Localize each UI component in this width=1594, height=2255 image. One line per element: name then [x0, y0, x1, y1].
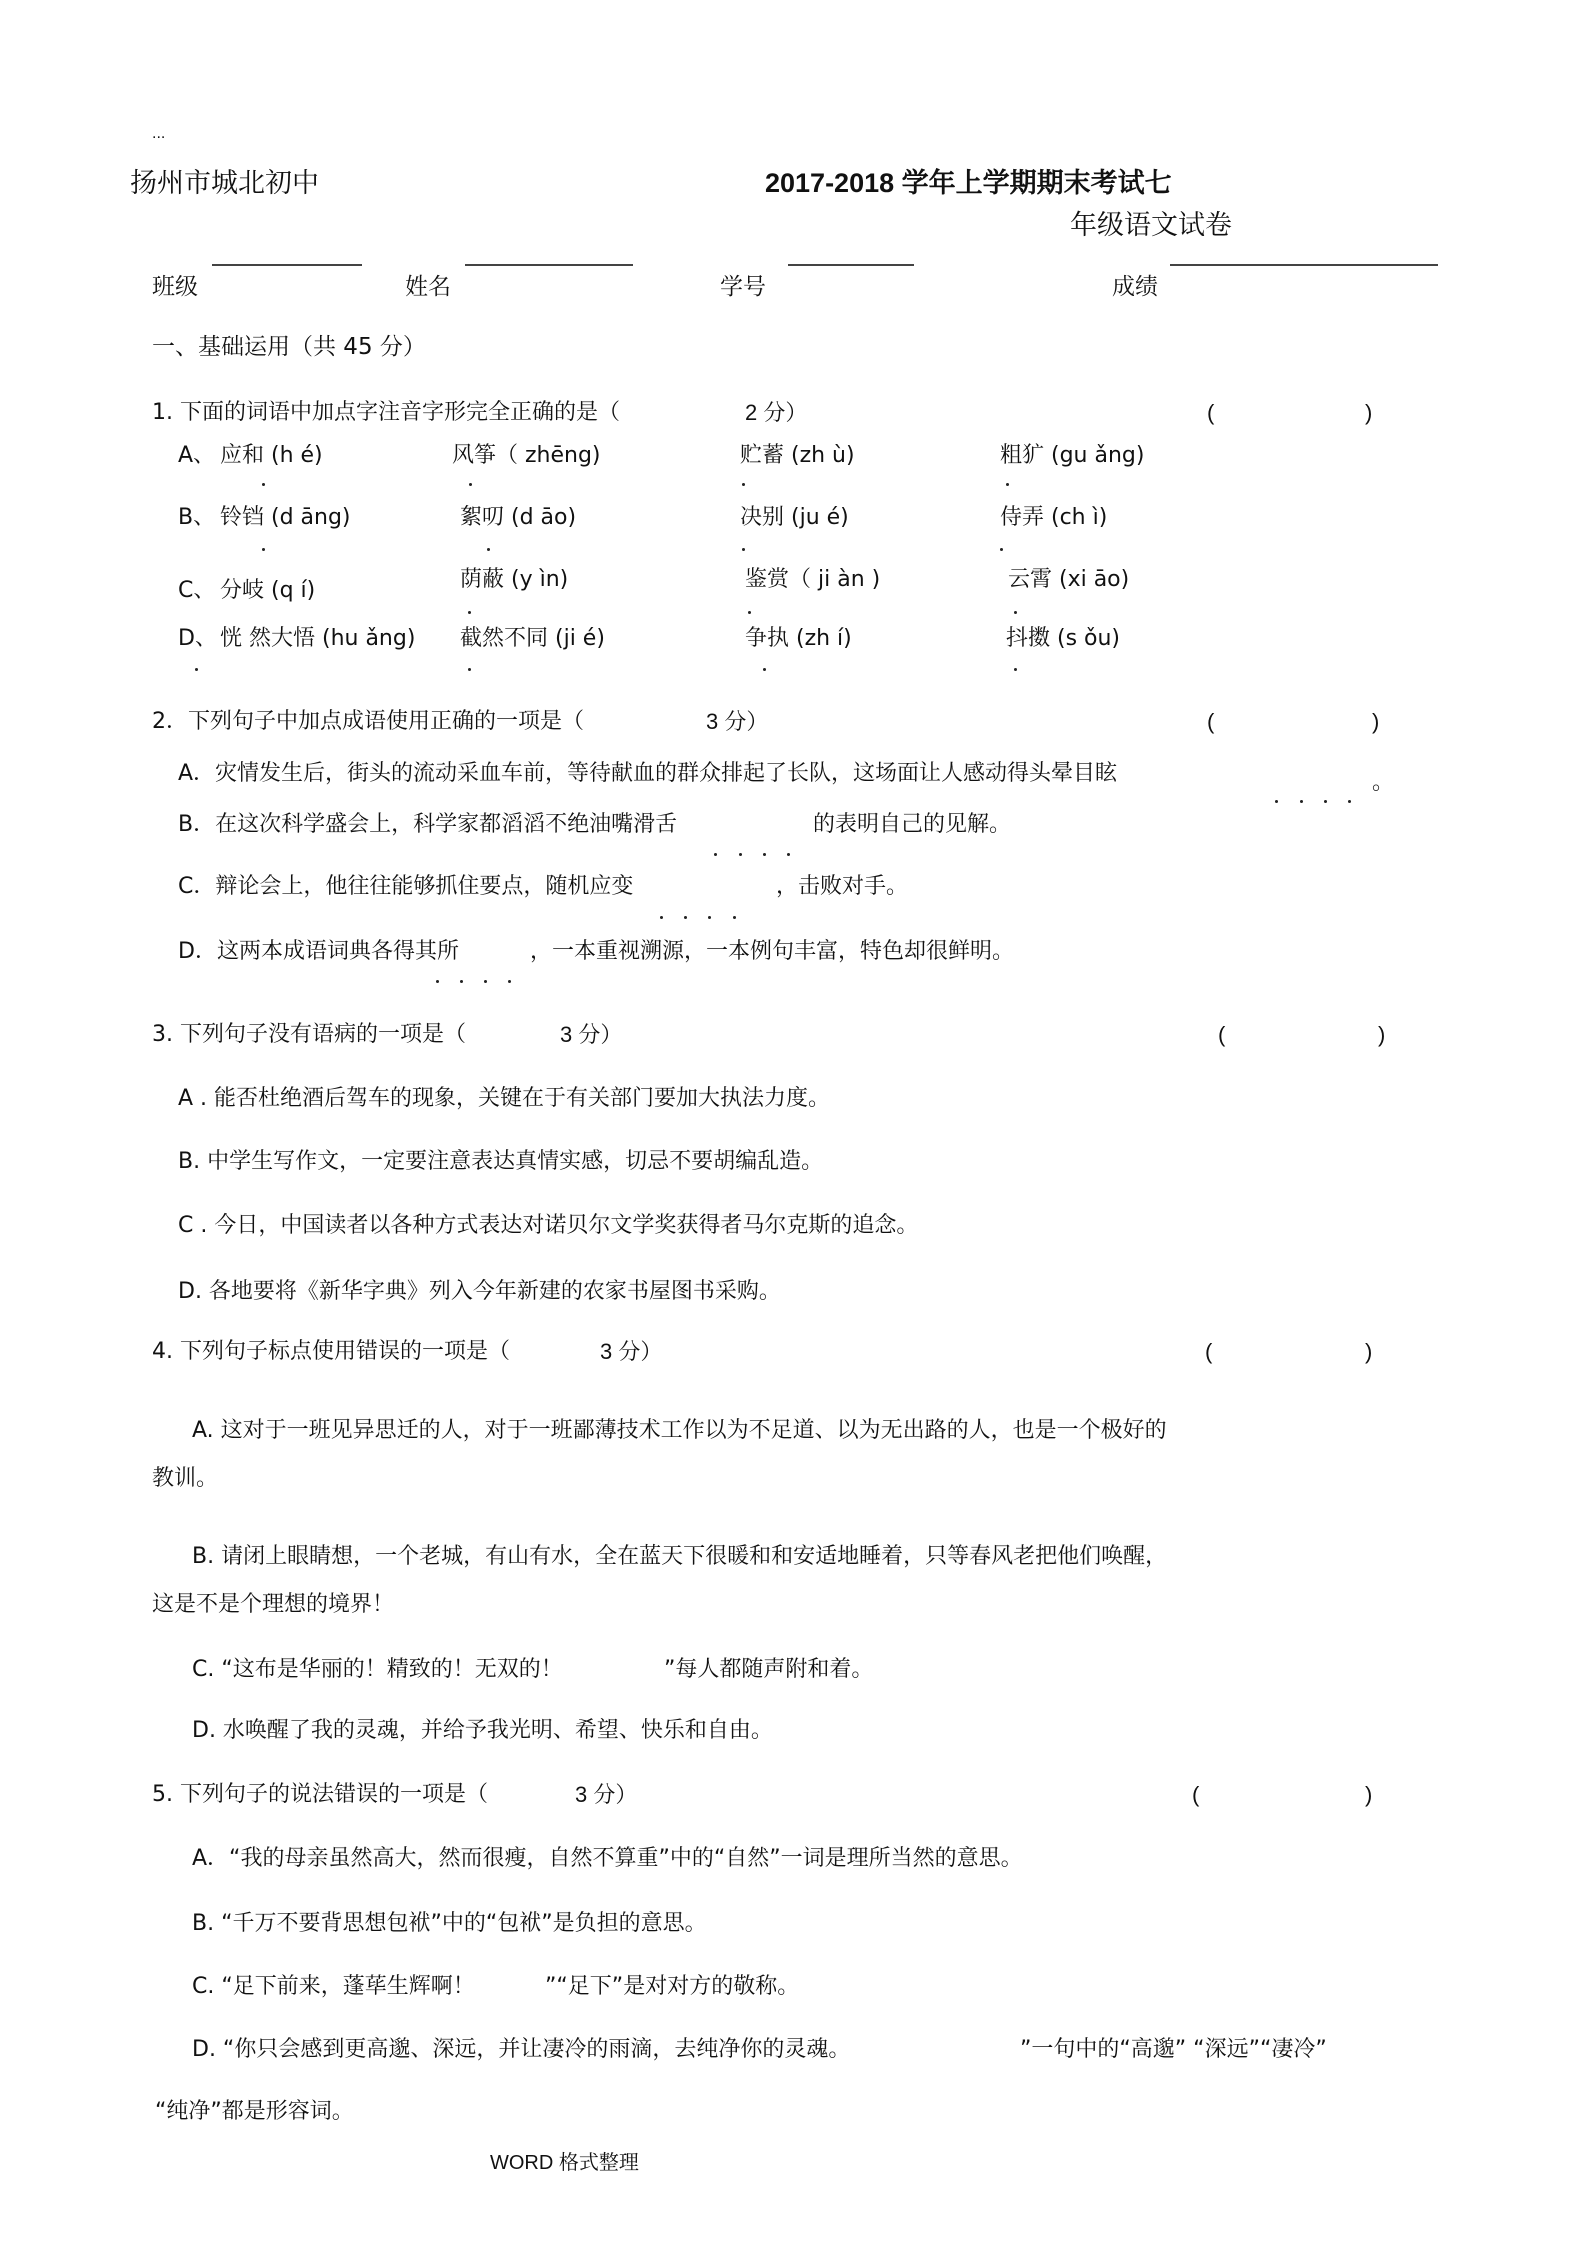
q1-d-word-4: 抖擞 (s ǒu) [1006, 628, 1120, 650]
emphasis-dot [733, 916, 736, 919]
emphasis-dot [262, 483, 265, 486]
q3-option-c: C . 今日，中国读者以各种方式表达对诺贝尔文学奖获得者马尔克斯的追念。 [178, 1215, 918, 1237]
school-name: 扬州市城北初中 [130, 170, 319, 197]
q2-option-d-tail: ，一本重视溯源，一本例句丰富，特色却很鲜明。 [530, 941, 1014, 963]
emphasis-dot [436, 980, 439, 983]
question-5-answer-open[interactable]: ( [1192, 1784, 1199, 1806]
student-id-label: 学号 [720, 276, 766, 299]
header-ellipsis: ... [152, 126, 165, 142]
q1-b-word-3: 决别 (ju é) [740, 507, 849, 529]
q3-option-d: D. 各地要将《新华字典》列入今年新建的农家书屋图书采购。 [178, 1281, 781, 1303]
exam-title-line1-text: 2017-2018 学年上学期期末考试七 [765, 168, 1172, 198]
question-2-stem: 2．下列句子中加点成语使用正确的一项是（ [152, 711, 584, 733]
q1-d-word-1: 恍 然大悟 (hu ǎng) [220, 628, 415, 650]
name-label: 姓名 [405, 276, 451, 299]
emphasis-dot [1006, 483, 1009, 486]
question-1-answer-close[interactable]: ) [1365, 402, 1372, 424]
q4-option-b-continued: 这是不是个理想的境界！ [152, 1594, 394, 1616]
q3-option-b: B. 中学生写作文，一定要注意表达真情实感，切忌不要胡编乱造。 [178, 1151, 823, 1173]
emphasis-dot [1300, 800, 1303, 803]
q2-option-a-tail: 。 [1372, 772, 1394, 794]
class-field-line[interactable] [212, 264, 362, 266]
q5-option-b: B. “千万不要背思想包袱”中的“包袱”是负担的意思。 [192, 1913, 707, 1935]
question-2-points: 3 分） [706, 711, 768, 733]
q1-d-word-3: 争执 (zh í) [745, 628, 852, 650]
emphasis-dot [469, 483, 472, 486]
q1-option-a-label: A、 [178, 445, 215, 467]
emphasis-dot [708, 916, 711, 919]
emphasis-dot [742, 483, 745, 486]
emphasis-dot [787, 853, 790, 856]
q2-option-d: D．这两本成语词典各得其所 [178, 941, 459, 963]
question-3-stem: 3. 下列句子没有语病的一项是（ [152, 1024, 466, 1046]
emphasis-dot [262, 548, 265, 551]
q2-option-b: B．在这次科学盛会上，科学家都滔滔不绝油嘴滑舌 [178, 814, 677, 836]
question-2-answer-close[interactable]: ) [1372, 711, 1379, 733]
emphasis-dot [1275, 800, 1278, 803]
q2-option-a: A．灾情发生后，街头的流动采血车前，等待献血的群众排起了长队，这场面让人感动得头… [178, 763, 1117, 785]
emphasis-dot [195, 668, 198, 671]
q1-c-word-3: 鉴赏（ ji àn ) [745, 569, 880, 591]
question-4-answer-close[interactable]: ) [1365, 1341, 1372, 1363]
question-4-points: 3 分） [600, 1341, 662, 1363]
emphasis-dot [1348, 800, 1351, 803]
emphasis-dot [684, 916, 687, 919]
q5-option-c: C. “足下前来，蓬荜生辉啊！ [192, 1976, 475, 1998]
q1-a-word-2: 风筝（ zhēng) [452, 445, 601, 467]
footer-text: WORD 格式整理 [490, 2153, 639, 2173]
emphasis-dot [714, 853, 717, 856]
question-1-points: 2 分） [745, 402, 807, 424]
q1-option-d-label: D、 [178, 628, 217, 650]
q5-option-d: D. “你只会感到更高邈、深远，并让凄冷的雨滴，去纯净你的灵魂。 [192, 2039, 850, 2061]
q1-a-word-4: 粗犷 (gu ǎng) [1000, 445, 1144, 467]
emphasis-dot [763, 853, 766, 856]
q2-option-c: C．辩论会上，他往往能够抓住要点，随机应变 [178, 876, 633, 898]
score-label: 成绩 [1112, 276, 1158, 299]
q2-option-c-tail: ，击败对手。 [776, 876, 908, 898]
q1-option-c-label: C、 [178, 580, 215, 602]
q1-b-word-1: 铃铛 (d āng) [220, 507, 351, 529]
q1-c-word-4: 云霄 (xi āo) [1008, 569, 1129, 591]
q5-option-d-tail: ”一句中的“高邈” “深远”“凄冷” [1020, 2039, 1327, 2061]
q4-option-c-tail: ”每人都随声附和着。 [664, 1659, 873, 1681]
student-id-field-line[interactable] [788, 264, 914, 266]
emphasis-dot [748, 611, 751, 614]
name-field-line[interactable] [465, 264, 633, 266]
emphasis-dot [468, 668, 471, 671]
emphasis-dot [660, 916, 663, 919]
emphasis-dot [1324, 800, 1327, 803]
q2-option-b-tail: 的表明自己的见解。 [813, 814, 1011, 836]
q1-option-b-label: B、 [178, 507, 215, 529]
question-1-stem: 1. 下面的词语中加点字注音字形完全正确的是（ [152, 402, 620, 424]
question-2-answer-open[interactable]: ( [1207, 711, 1214, 733]
question-5-points: 3 分） [575, 1784, 637, 1806]
q1-d-word-2: 截然不同 (ji é) [460, 628, 605, 650]
question-3-answer-close[interactable]: ) [1378, 1024, 1385, 1046]
q4-option-b: B. 请闭上眼睛想，一个老城，有山有水，全在蓝天下很暖和和安适地睡着，只等春风老… [192, 1546, 1167, 1568]
question-4-answer-open[interactable]: ( [1205, 1341, 1212, 1363]
emphasis-dot [763, 668, 766, 671]
emphasis-dot [508, 980, 511, 983]
q4-option-c: C. “这布是华丽的！精致的！无双的！ [192, 1659, 563, 1681]
emphasis-dot [484, 980, 487, 983]
exam-title-line1: 2017-2018 学年上学期期末考试七 [765, 170, 1172, 197]
q1-a-word-3: 贮蓄 (zh ù) [740, 445, 855, 467]
q5-option-c-tail: ”“足下”是对对方的敬称。 [545, 1976, 799, 1998]
emphasis-dot [487, 548, 490, 551]
emphasis-dot [742, 548, 745, 551]
emphasis-dot [468, 611, 471, 614]
class-label: 班级 [152, 276, 198, 299]
q1-c-word-1: 分岐 (q í) [220, 580, 315, 602]
emphasis-dot [1000, 548, 1003, 551]
emphasis-dot [1014, 668, 1017, 671]
q5-option-d-continued: “纯净”都是形容词。 [155, 2101, 354, 2123]
question-5-stem: 5. 下列句子的说法错误的一项是（ [152, 1784, 488, 1806]
score-field-line[interactable] [1170, 264, 1438, 266]
question-3-points: 3 分） [560, 1024, 622, 1046]
q1-c-word-2: 荫蔽 (y ìn) [460, 569, 568, 591]
q5-option-a: A．“我的母亲虽然高大，然而很瘦，自然不算重”中的“自然”一词是理所当然的意思。 [192, 1848, 1023, 1870]
emphasis-dot [1014, 611, 1017, 614]
q4-option-a: A. 这对于一班见异思迁的人，对于一班鄙薄技术工作以为不足道、以为无出路的人，也… [192, 1420, 1167, 1442]
emphasis-dot [460, 980, 463, 983]
q4-option-d: D. 水唤醒了我的灵魂，并给予我光明、希望、快乐和自由。 [192, 1720, 773, 1742]
q1-a-word-1: 应和 (h é) [220, 445, 323, 467]
question-5-answer-close[interactable]: ) [1365, 1784, 1372, 1806]
q1-b-word-4: 侍弄 (ch ì) [1000, 507, 1107, 529]
exam-title-line2: 年级语文试卷 [1070, 212, 1232, 239]
question-1-answer-open[interactable]: ( [1207, 402, 1214, 424]
question-4-stem: 4. 下列句子标点使用错误的一项是（ [152, 1341, 510, 1363]
q3-option-a: A . 能否杜绝酒后驾车的现象，关键在于有关部门要加大执法力度。 [178, 1088, 830, 1110]
section-heading: 一、基础运用（共 45 分） [152, 336, 426, 359]
emphasis-dot [739, 853, 742, 856]
q4-option-a-continued: 教训。 [152, 1468, 218, 1490]
question-3-answer-open[interactable]: ( [1218, 1024, 1225, 1046]
q1-b-word-2: 絮叨 (d āo) [460, 507, 576, 529]
